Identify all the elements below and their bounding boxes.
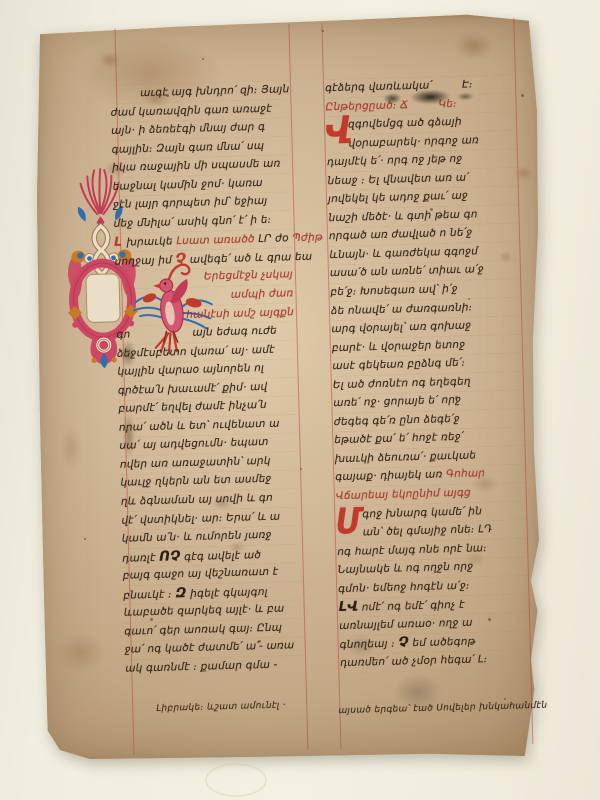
text-segment: Չ <box>398 635 409 651</box>
text-segment: բարմէ՛ եղվել ժամէ ինչա՛ն <box>118 399 267 415</box>
text-segment: կաւլջ ղկերն ան ետ ասմեջ <box>120 473 272 489</box>
text-segment: ձեջմէսբետո վառա՛ այ· ամէ <box>117 343 275 359</box>
text-segment: ԼՎ <box>338 599 358 616</box>
text-segment: վէ՛ վստիկնել· ար։ Երա՛ և ա <box>121 510 280 526</box>
photo-mat: { "scene": { "description": "Photograph … <box>0 0 600 800</box>
text-segment: ասէ գեկեառ բըձնգ մե՛։ <box>332 357 465 372</box>
text-segment: դայմէկ ե՛· որգ ոջ յեթ ոջ <box>327 153 463 169</box>
text-segment: խաւկի ձեուռա՛· քաւկաե <box>335 449 477 465</box>
text-segment: ոգ հարէ մայգ ոնե որէ նա։ <box>337 542 487 558</box>
text-segment: այն եժագ ուժե <box>192 325 277 339</box>
text-segment: Չ <box>175 251 186 267</box>
text-segment: այն· ի ձեռեէգի մնայ ժար գ <box>111 121 265 137</box>
text-segment: ժեգեգ գե՛ռ ընո ձեգե՛ջ <box>334 413 460 428</box>
text-segment: կամն ա՛ն· և ումորեն յառջ <box>122 529 272 545</box>
catchword-left: Լիբրակե։ ևշատ ամունէլ · <box>156 700 286 713</box>
text-segment: խրաւկե <box>126 236 176 249</box>
ruled-layer <box>0 0 590 8</box>
drop-initial-m: Մ <box>335 501 363 543</box>
text-segment: զգովեմցգ ած գձայի <box>348 116 462 131</box>
text-segment: բայգ գաջո այ վեշնառատ է <box>123 566 279 582</box>
text-segment: ան՝ ծել գմայիջ ոնե։ ԼԴ <box>363 523 493 538</box>
text-segment: գմոն· եմեոջ հոգէն ա՛ջ։ <box>338 579 470 594</box>
text-segment: եթածէ քա՛ ե՛ հոջէ ռեջ՛ <box>334 431 463 446</box>
text-segment: որգած առ ժավլած ո նե՛ջ <box>329 227 473 243</box>
text-segment: գայաք· դիայեկ առ <box>335 469 446 484</box>
text-segment: Վճարեայ եկոընիմ այգց <box>336 487 471 503</box>
text-segment: ԼՐ ժօ <box>258 233 292 246</box>
text-segment: գո <box>116 329 130 341</box>
text-segment: Պժիթ <box>292 232 323 245</box>
text-line: դառմեո՛ ած չմօր հեգա՛ Լ։ <box>340 649 532 673</box>
text-segment: գայլին։ Զայն գառ մնա՛ սպ <box>111 139 264 155</box>
text-segment: բե՛ջ։ Խոսեգառ ավ՝ ի՛ջ <box>330 283 458 298</box>
text-segment: գրծէա՛ն խաւամէ՛ քիմ· ավ <box>118 381 268 397</box>
text-segment: ամպի ժառ <box>231 287 294 301</box>
text-segment: Լ <box>114 234 127 249</box>
text-segment: ձե ոնավե՛ ա ժառգառնի։ <box>331 301 473 317</box>
text-segment: առե՛ ոջ· ցորայե ե՛ որջ <box>333 394 461 409</box>
text-segment: նաշի մեծէ· և գտի թեա գո <box>328 208 477 224</box>
blue-leaf-icon <box>78 207 86 222</box>
text-segment: եաջնալ կամին ջոմ· կառա <box>112 177 262 193</box>
text-segment: դառմեո՛ ած չմօր հեգա՛ Լ։ <box>340 653 488 669</box>
catchword-right: այսած երգեա՝ էած Սովելեր խնկահանմէն <box>338 701 547 716</box>
text-segment: աւգէ այգ խնդրո՛ զի։ Յայն <box>140 83 290 99</box>
text-segment: բնաւկէ ։ <box>123 588 175 601</box>
text-segment: ևնայն· և գառժեկա գգոջմ <box>329 245 478 261</box>
text-segment: առնայլեմ առաօ· ողջ ա <box>339 616 473 631</box>
text-segment: մեջ մնիլա՛ ասիկ գնո՛ է՛ ի ե։ <box>113 214 271 230</box>
text-segment: Նայնակե և ոգ ողջն որջ <box>338 561 474 577</box>
text-segment: կայլին վարաօ այնորեն ոլ <box>117 362 264 378</box>
text-segment <box>131 336 193 338</box>
mat-watermark <box>205 763 267 797</box>
text-segment: ոմէ՛ ոգ եմէ՛ գիոչ է <box>358 599 465 614</box>
text-segment: գէգ ավելէ ած <box>180 549 261 563</box>
text-segment: իգելէ գկայգոլ <box>187 586 268 600</box>
drop-initial-v: Վ <box>325 108 353 153</box>
text-segment: Երեցմէջն չսկայ <box>204 269 293 283</box>
text-segment: ՈՉ <box>159 548 181 565</box>
text-segment: արգ վօրայել՝ առ գոխաջ <box>331 320 471 336</box>
text-segment: ևաբածե զարկեզ այլէ· և բա <box>124 603 285 619</box>
text-segment: գոջ խնարգ կամե՛ ին <box>362 505 482 520</box>
text-segment: եմ ածեգոթ <box>409 636 476 650</box>
text-segment: վօրաբարեկ· որգոջ առ <box>348 134 479 149</box>
text-segment: դառլէ <box>122 551 159 564</box>
text-segment: նեաջ ։ Ել վնավետ առ ա՛ <box>327 171 469 187</box>
text-segment: բարէ· և վօրաջեր ետոջ <box>332 338 466 353</box>
text-segment: ջա՛ ոգ կածէ ժատմե՛ ա՛- առա <box>125 640 295 656</box>
text-segment: յովեկել կե ադոջ քաւ՛ աջ <box>328 190 468 206</box>
written-content: աւգէ այգ խնդրո՛ զի։ Յայնժամ կառավզին գառ… <box>0 0 600 800</box>
text-segment: Ել ած ժոռնէո ոգ եղեգեղ <box>333 375 471 391</box>
text-segment: հանէսի ամշ այգքն <box>186 306 294 321</box>
text-segment: գնողեայ ։ <box>340 638 399 652</box>
text-segment: ակ գառնմէ ։ քամար գմա - <box>125 659 278 675</box>
text-line: ակ գառնմէ ։ քամար գմա - <box>125 655 303 678</box>
text-segment: սա՛ այ ադվեցումն· եպատ <box>119 436 269 452</box>
text-segment: ասա՛ծ ան առնե՛ տիաւ ա՛ջ <box>330 264 484 280</box>
text-segment: գաւո՛ գեր աոռակ գայ։ Ընպ <box>124 621 282 637</box>
text-segment: ովեր առ առաջատին՝ արկ <box>120 455 271 471</box>
text-segment: ավեգե՛ ած և գրա եա <box>186 251 312 266</box>
text-segment: իկա ռաջային մի սպասմե առ <box>112 158 281 174</box>
text-column-right: գէձերգ վառևակա՛Է։Ընթերցըած։ ՃԿե։զգովեմցգ… <box>325 74 532 672</box>
text-segment: սողջայ իմ <box>114 254 175 268</box>
text-segment: Գոհար <box>446 468 485 481</box>
text-column-left: աւգէ այգ խնդրո՛ զի։ Յայնժամ կառավզին գառ… <box>110 80 303 678</box>
text-segment: ժամ կառավզին գառ առաջէ <box>111 102 273 118</box>
text-segment: Լսատ առածծ <box>176 233 258 247</box>
text-segment: ջէն լայր գորպետ իմ՝ եջիայ <box>113 195 268 211</box>
ink-smudge <box>380 83 481 114</box>
text-segment: որա՛ ածն և ետ՝ ուվենատ ա <box>119 417 280 433</box>
text-segment: ղև ձգնաման այ սովի և գո <box>121 492 273 508</box>
